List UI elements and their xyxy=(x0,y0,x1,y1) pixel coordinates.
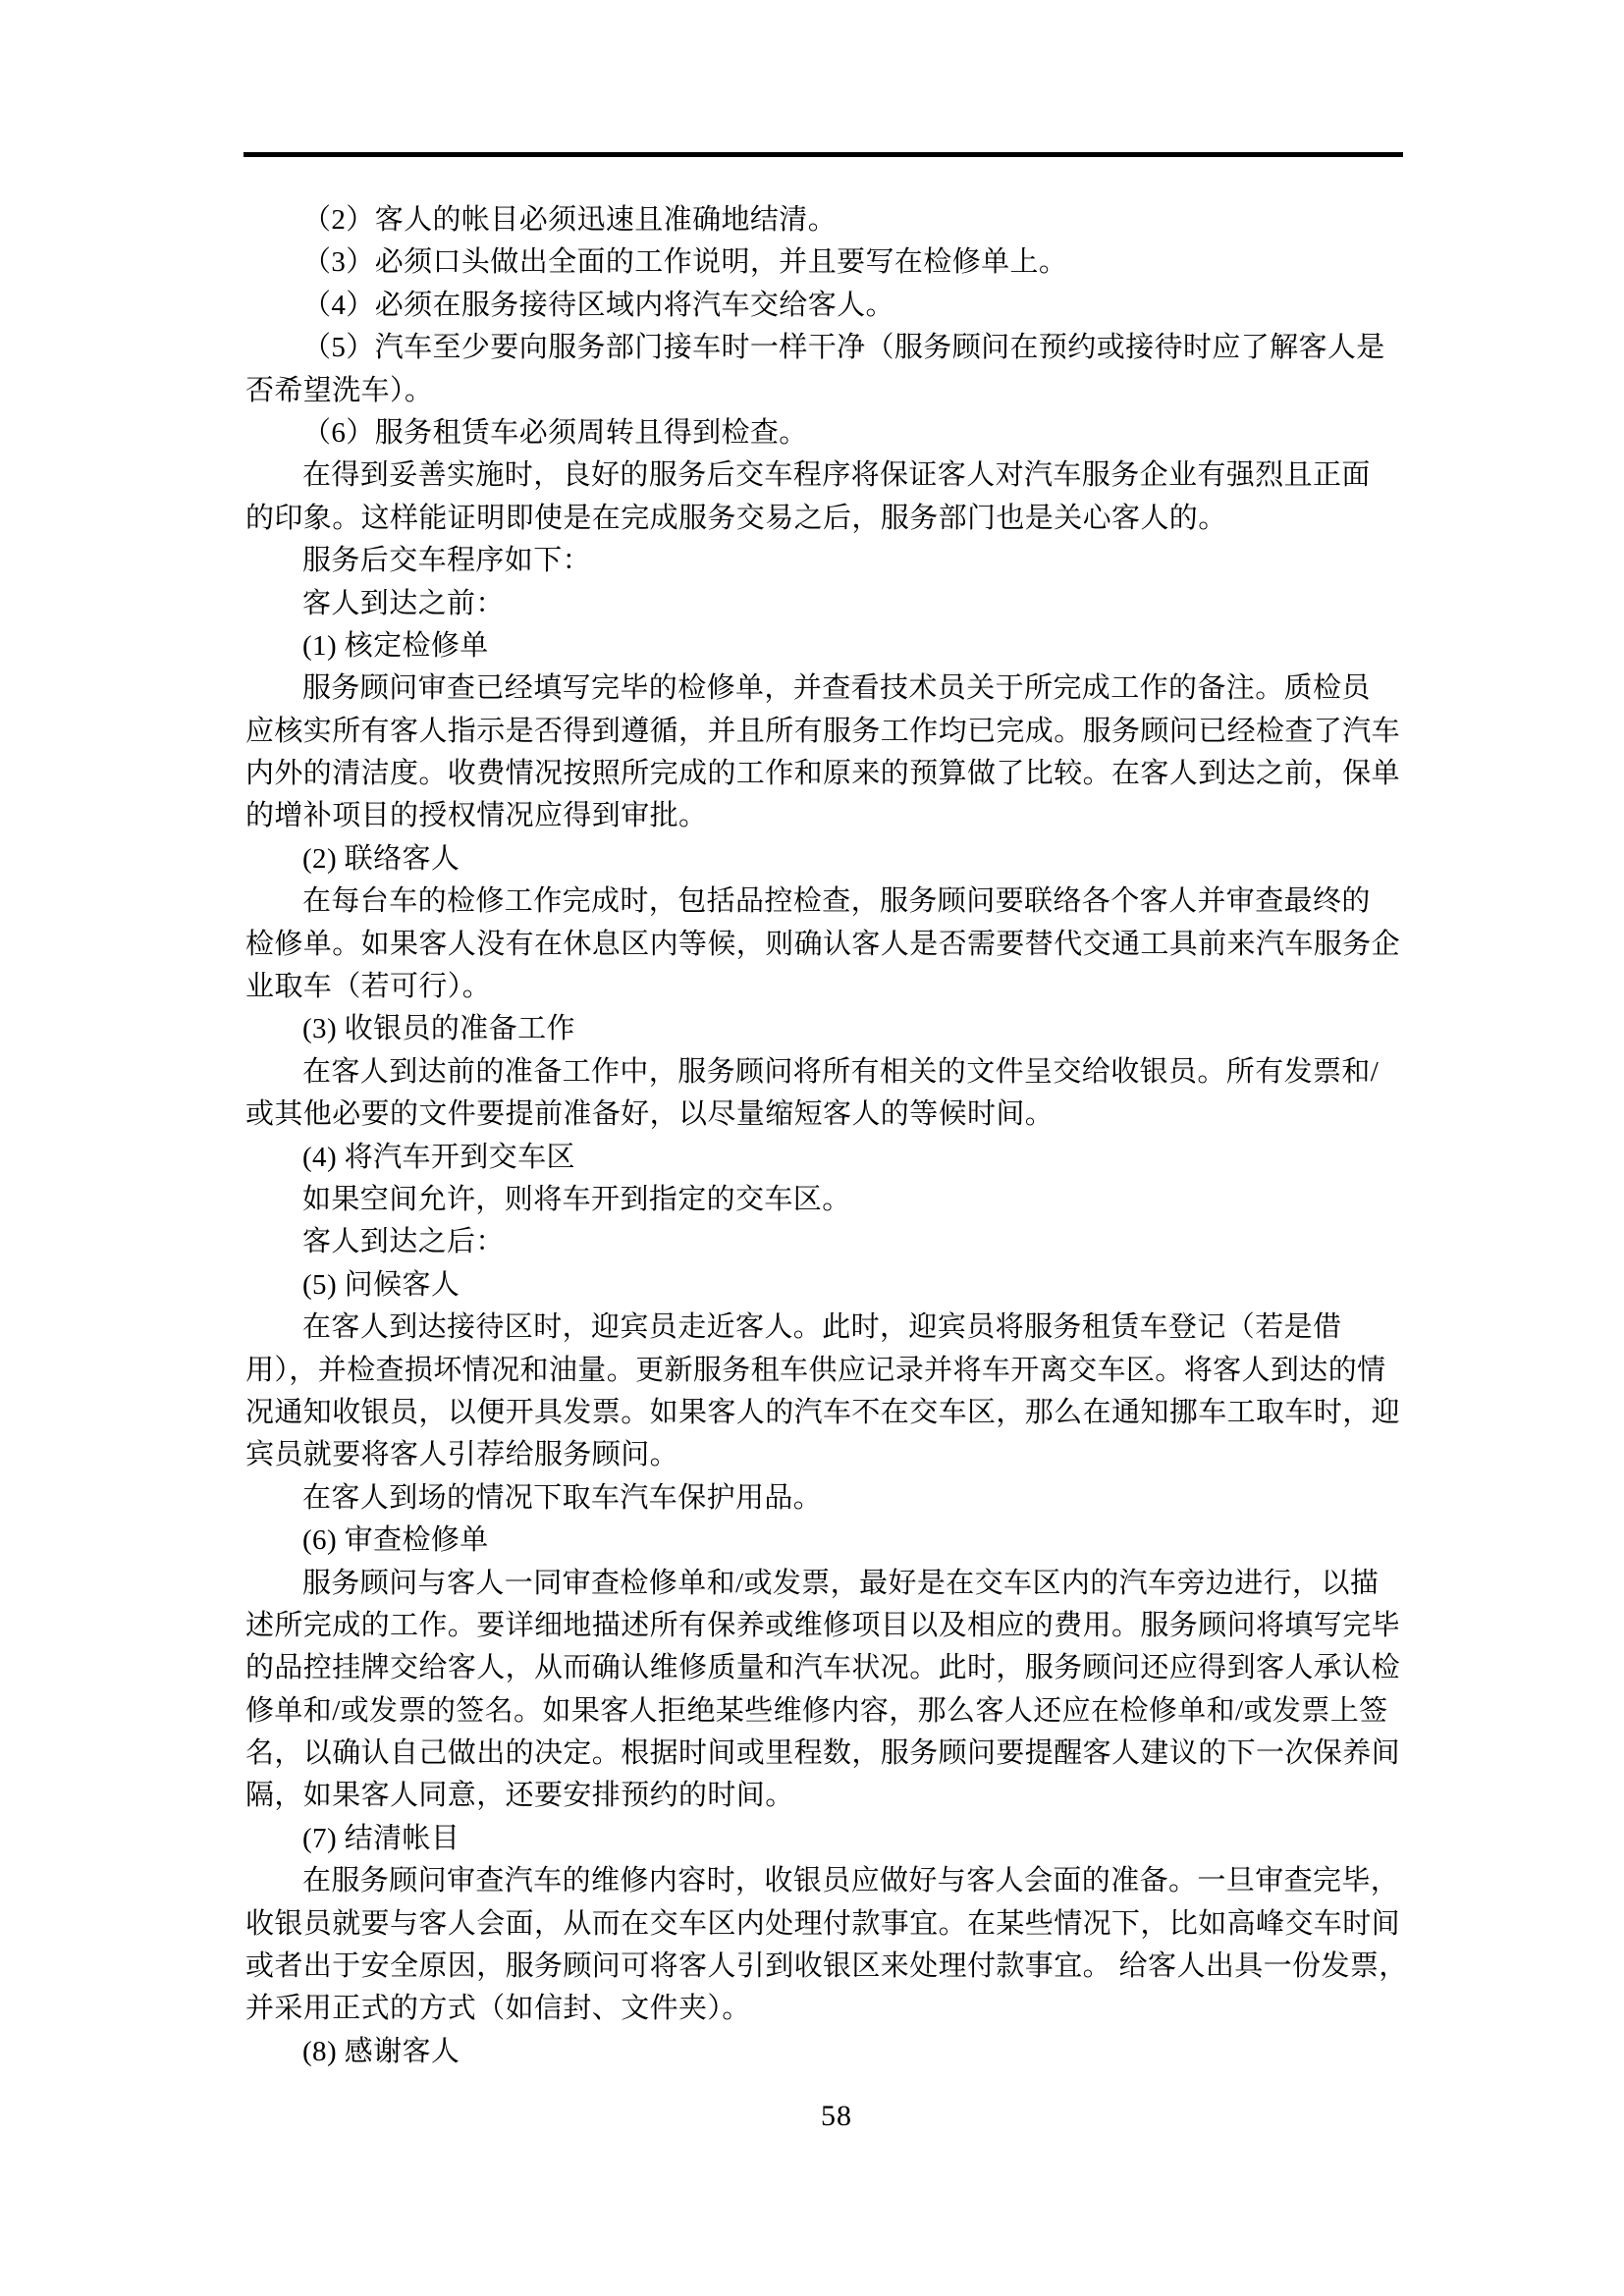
text-line: （6）服务租赁车必须周转且得到检查。 xyxy=(245,412,1404,454)
text-line: (2) 联络客人 xyxy=(245,838,1404,881)
text-line: 或其他必要的文件要提前准备好，以尽量缩短客人的等候时间。 xyxy=(245,1094,1404,1136)
text-line: 名，以确认自己做出的决定。根据时间或里程数，服务顾问要提醒客人建议的下一次保养间 xyxy=(245,1733,1404,1775)
document-body: （2）客人的帐目必须迅速且准确地结清。 （3）必须口头做出全面的工作说明，并且要… xyxy=(245,199,1404,2073)
text-line: （2）客人的帐目必须迅速且准确地结清。 xyxy=(245,199,1404,241)
text-line: (6) 审查检修单 xyxy=(245,1520,1404,1562)
text-line: 在客人到达接待区时，迎宾员走近客人。此时，迎宾员将服务租赁车登记（若是借 xyxy=(245,1307,1404,1349)
text-line: (8) 感谢客人 xyxy=(245,2031,1404,2073)
text-line: 况通知收银员，以便开具发票。如果客人的汽车不在交车区，那么在通知挪车工取车时，迎 xyxy=(245,1392,1404,1434)
text-line: 在每台车的检修工作完成时，包括品控检查，服务顾问要联络各个客人并审查最终的 xyxy=(245,881,1404,923)
text-line: （4）必须在服务接待区域内将汽车交给客人。 xyxy=(245,285,1404,327)
text-line: 修单和/或发票的签名。如果客人拒绝某些维修内容，那么客人还应在检修单和/或发票上… xyxy=(245,1690,1404,1733)
text-line: 业取车（若可行）。 xyxy=(245,966,1404,1008)
text-line: 检修单。如果客人没有在休息区内等候，则确认客人是否需要替代交通工具前来汽车服务企 xyxy=(245,924,1404,966)
text-line: (1) 核定检修单 xyxy=(245,625,1404,667)
text-line: (3) 收银员的准备工作 xyxy=(245,1008,1404,1050)
text-line: 如果空间允许，则将车开到指定的交车区。 xyxy=(245,1179,1404,1221)
text-line: 服务顾问审查已经填写完毕的检修单，并查看技术员关于所完成工作的备注。质检员 xyxy=(245,667,1404,710)
text-line: 应核实所有客人指示是否得到遵循，并且所有服务工作均已完成。服务顾问已经检查了汽车 xyxy=(245,711,1404,753)
document-page: （2）客人的帐目必须迅速且准确地结清。 （3）必须口头做出全面的工作说明，并且要… xyxy=(0,0,1624,2296)
text-line: 客人到达之后： xyxy=(245,1221,1404,1263)
text-line: 收银员就要与客人会面，从而在交车区内处理付款事宜。在某些情况下，比如高峰交车时间 xyxy=(245,1903,1404,1946)
text-line: （5）汽车至少要向服务部门接车时一样干净（服务顾问在预约或接待时应了解客人是 xyxy=(245,327,1404,369)
text-line: 宾员就要将客人引荐给服务顾问。 xyxy=(245,1434,1404,1476)
text-line: 或者出于安全原因，服务顾问可将客人引到收银区来处理付款事宜。 给客人出具一份发票… xyxy=(245,1946,1404,1988)
text-line: (4) 将汽车开到交车区 xyxy=(245,1137,1404,1179)
text-line: (7) 结清帐目 xyxy=(245,1818,1404,1860)
page-number: 58 xyxy=(821,2102,852,2131)
text-line: 的印象。这样能证明即使是在完成服务交易之后，服务部门也是关心客人的。 xyxy=(245,498,1404,540)
text-line: 在客人到场的情况下取车汽车保护用品。 xyxy=(245,1477,1404,1520)
text-line: 服务后交车程序如下： xyxy=(245,540,1404,582)
header-rule xyxy=(244,152,1403,157)
text-line: 内外的清洁度。收费情况按照所完成的工作和原来的预算做了比较。在客人到达之前，保单 xyxy=(245,753,1404,795)
text-line: 述所完成的工作。要详细地描述所有保养或维修项目以及相应的费用。服务顾问将填写完毕 xyxy=(245,1605,1404,1647)
text-line: 在得到妥善实施时，良好的服务后交车程序将保证客人对汽车服务企业有强烈且正面 xyxy=(245,454,1404,497)
text-line: 并采用正式的方式（如信封、文件夹）。 xyxy=(245,1988,1404,2030)
text-line: （3）必须口头做出全面的工作说明，并且要写在检修单上。 xyxy=(245,241,1404,284)
text-line: 隔，如果客人同意，还要安排预约的时间。 xyxy=(245,1775,1404,1817)
text-line: 客人到达之前： xyxy=(245,583,1404,625)
text-line: 在客人到达前的准备工作中，服务顾问将所有相关的文件呈交给收银员。所有发票和/ xyxy=(245,1051,1404,1094)
text-line: 服务顾问与客人一同审查检修单和/或发票，最好是在交车区内的汽车旁边进行，以描 xyxy=(245,1563,1404,1605)
text-line: (5) 问候客人 xyxy=(245,1264,1404,1307)
text-line: 的增补项目的授权情况应得到审批。 xyxy=(245,795,1404,837)
text-line: 否希望洗车）。 xyxy=(245,370,1404,412)
text-line: 的品控挂牌交给客人，从而确认维修质量和汽车状况。此时，服务顾问还应得到客人承认检 xyxy=(245,1647,1404,1689)
text-line: 在服务顾问审查汽车的维修内容时，收银员应做好与客人会面的准备。一旦审查完毕， xyxy=(245,1860,1404,1902)
text-line: 用），并检查损坏情况和油量。更新服务租车供应记录并将车开离交车区。将客人到达的情 xyxy=(245,1350,1404,1392)
